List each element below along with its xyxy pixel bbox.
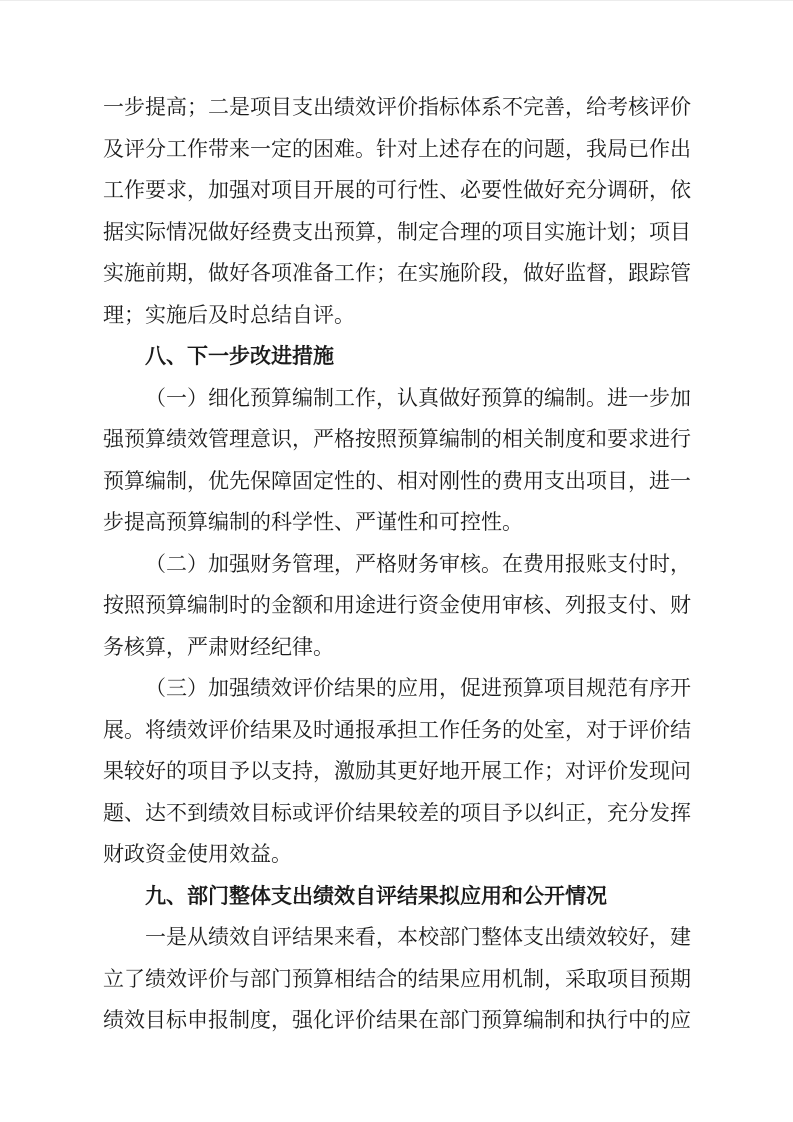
paragraph-measure-2-financial-management: （二）加强财务管理，严格财务审核。在费用报账支付时，按照预算编制时的金额和用途进…	[103, 544, 691, 669]
paragraph-problems-and-requirements: 一步提高；二是项目支出绩效评价指标体系不完善，给考核评价及评分工作带来一定的困难…	[103, 87, 691, 336]
paragraph-measure-3-evaluation-results: （三）加强绩效评价结果的应用，促进预算项目规范有序开展。将绩效评价结果及时通报承…	[103, 668, 691, 876]
section-heading-improvement-measures: 八、下一步改进措施	[103, 336, 691, 378]
document-content: 一步提高；二是项目支出绩效评价指标体系不完善，给考核评价及评分工作带来一定的困难…	[103, 87, 691, 1042]
paragraph-measure-1-budget-preparation: （一）细化预算编制工作，认真做好预算的编制。进一步加强预算绩效管理意识，严格按照…	[103, 378, 691, 544]
paragraph-result-application: 一是从绩效自评结果来看，本校部门整体支出绩效较好，建立了绩效评价与部门预算相结合…	[103, 917, 691, 1042]
section-heading-result-application-disclosure: 九、部门整体支出绩效自评结果拟应用和公开情况	[103, 876, 691, 918]
document-page: 一步提高；二是项目支出绩效评价指标体系不完善，给考核评价及评分工作带来一定的困难…	[0, 0, 793, 1122]
